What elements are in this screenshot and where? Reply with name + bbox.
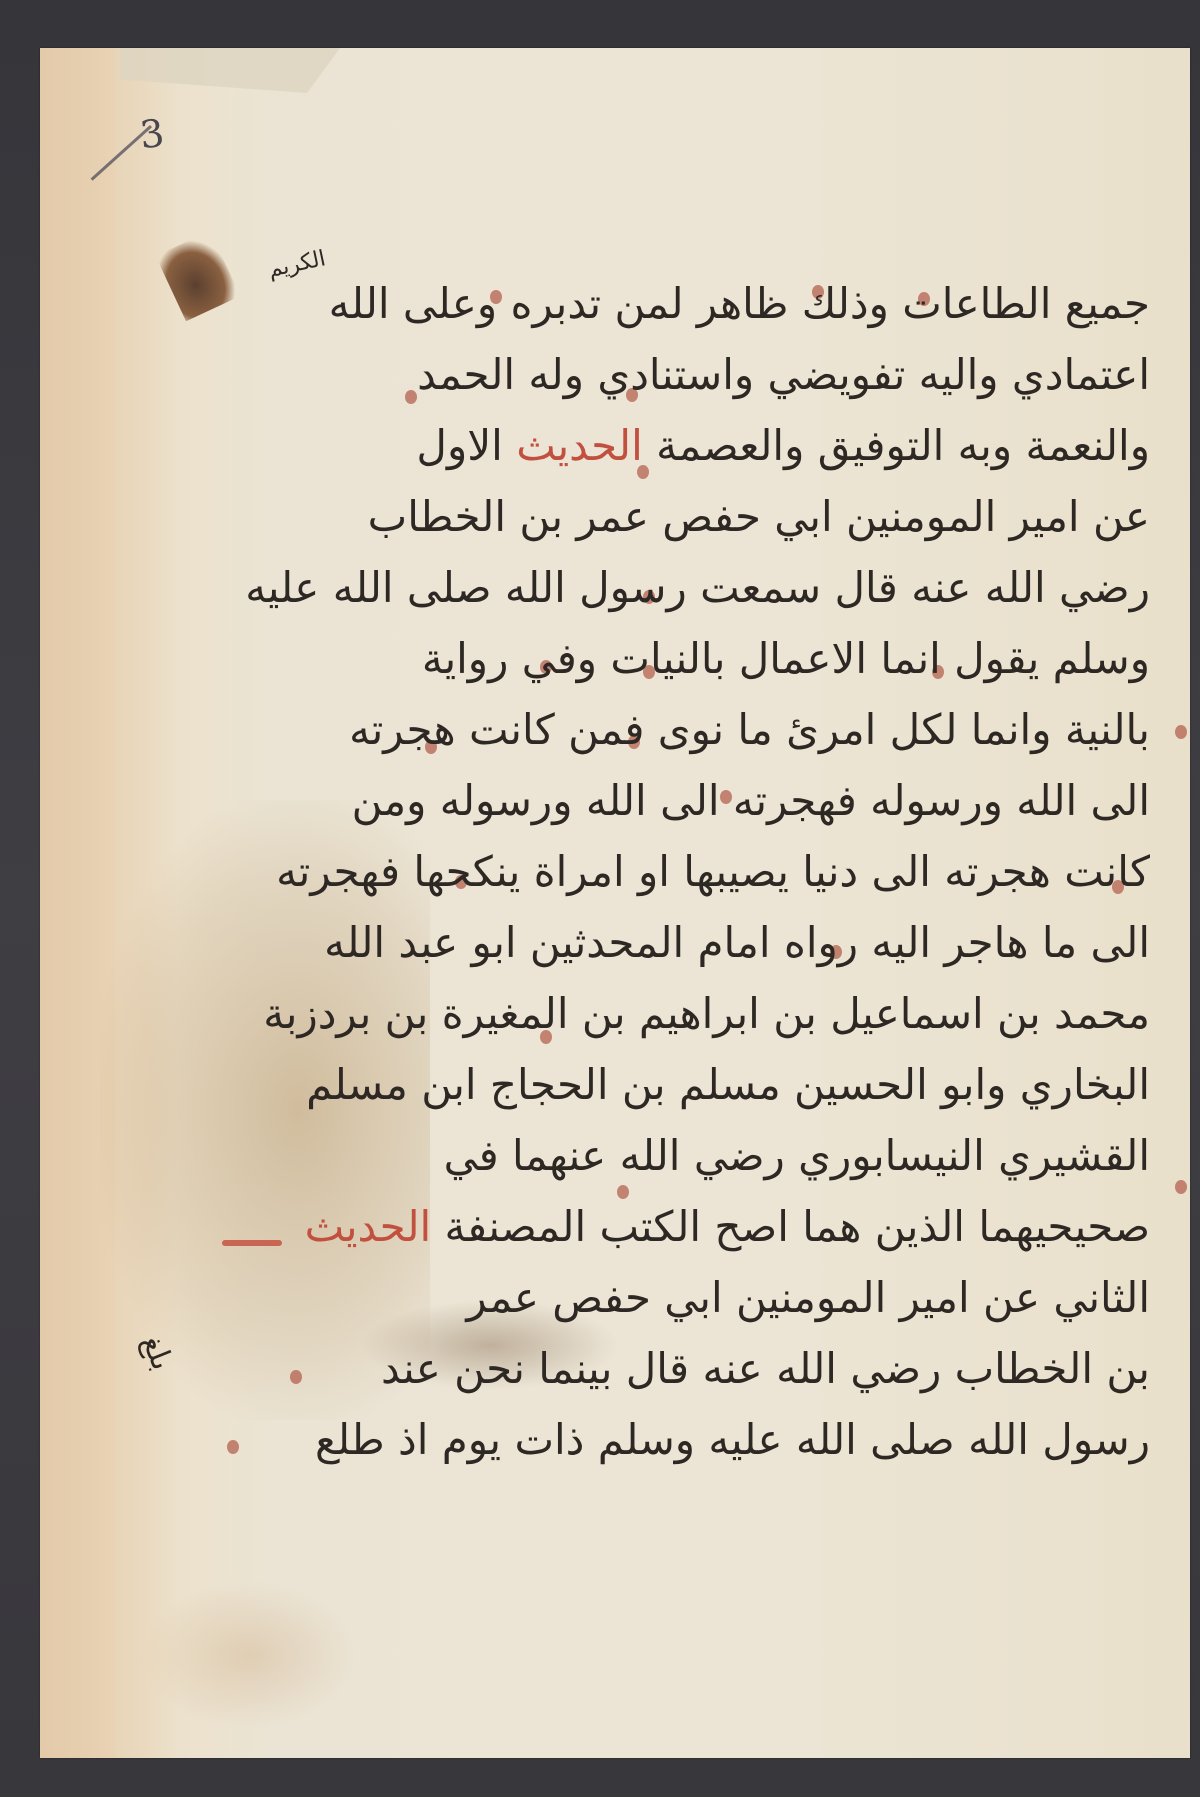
text-line-1: جميع الطاعات وذلك ظاهر لمن تدبره وعلى ال… [220, 268, 1150, 339]
text-line-13: القشيري النيسابوري رضي الله عنهما في [220, 1120, 1150, 1191]
rubric-heading: الحديث [516, 421, 643, 470]
text-line-2: اعتمادي واليه تفويضي واستنادي وله الحمد [220, 339, 1150, 410]
line-text: صحيحيهما الذين هما اصح الكتب المصنفة [431, 1202, 1150, 1251]
paper-repair-patch [120, 48, 340, 93]
text-line-7: بالنية وانما لكل امرئ ما نوى فمن كانت هج… [220, 694, 1150, 765]
text-line-11: محمد بن اسماعيل بن ابراهيم بن المغيرة بن… [220, 978, 1150, 1049]
text-line-6: وسلم يقول انما الاعمال بالنيات وفي رواية [220, 623, 1150, 694]
line-text: والنعمة وبه التوفيق والعصمة [643, 421, 1150, 470]
corner-stain [140, 1580, 360, 1730]
text-line-17: رسول الله صلى الله عليه وسلم ذات يوم اذ … [220, 1404, 1150, 1475]
text-line-16: بن الخطاب رضي الله عنه قال بينما نحن عند [220, 1333, 1150, 1404]
text-line-9: كانت هجرته الى دنيا يصيبها او امراة ينكح… [220, 836, 1150, 907]
text-line-10: الى ما هاجر اليه رواه امام المحدثين ابو … [220, 907, 1150, 978]
manuscript-text: جميع الطاعات وذلك ظاهر لمن تدبره وعلى ال… [220, 268, 1150, 1475]
rubric-dot [1175, 725, 1187, 739]
text-line-5: رضي الله عنه قال سمعت رسول الله صلى الله… [220, 552, 1150, 623]
text-line-3: والنعمة وبه التوفيق والعصمة الحديث الاول [220, 410, 1150, 481]
line-text: الاول [416, 421, 516, 470]
text-line-4: عن امير المومنين ابي حفص عمر بن الخطاب [220, 481, 1150, 552]
text-line-14: صحيحيهما الذين هما اصح الكتب المصنفة الح… [220, 1191, 1150, 1262]
text-line-15: الثاني عن امير المومنين ابي حفص عمر [220, 1262, 1150, 1333]
text-line-8: الى الله ورسوله فهجرته الى الله ورسوله و… [220, 765, 1150, 836]
text-line-12: البخاري وابو الحسين مسلم بن الحجاج ابن م… [220, 1049, 1150, 1120]
rubric-dot [1175, 1180, 1187, 1194]
rubric-heading: الحديث [305, 1202, 432, 1251]
